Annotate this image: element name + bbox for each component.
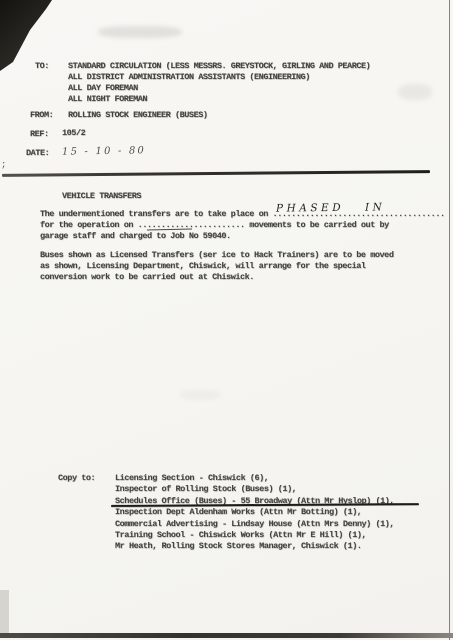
to-recipients: STANDARD CIRCULATION (LESS MESSRS. GREYS… — [68, 61, 370, 105]
copy-to-list: Licensing Section - Chiswick (6), Inspec… — [115, 473, 394, 553]
memo-page: TO: STANDARD CIRCULATION (LESS MESSRS. G… — [0, 0, 453, 640]
pencil-smudge — [180, 390, 220, 400]
scan-edge-right — [449, 0, 451, 640]
recipient-line: ALL DAY FOREMAN — [68, 83, 370, 94]
paragraph-2: Buses shown as Licensed Transfers (ser i… — [40, 250, 393, 283]
date-label: DATE: — [26, 148, 49, 159]
scan-edge-bottom — [0, 633, 453, 638]
para2-line: as shown, Licensing Department, Chiswick… — [40, 261, 393, 272]
section-title: VEHICLE TRANSFERS — [62, 191, 141, 202]
handwritten-phased-in: PHASED IN — [276, 201, 385, 214]
scan-corner-bottom-left — [0, 590, 9, 633]
handwritten-date: 15 - 10 - 80 — [62, 145, 146, 157]
recipient-line: ALL NIGHT FOREMAN — [68, 94, 370, 105]
recipient-line: ALL DISTRICT ADMINISTRATION ASSISTANTS (… — [68, 72, 370, 83]
para1-line3: garage staff and charged to Job No 59040… — [40, 231, 231, 242]
header-divider-rule — [2, 170, 430, 177]
copy-item: Licensing Section - Chiswick (6), — [115, 473, 394, 484]
from-value: ROLLING STOCK ENGINEER (BUSES) — [68, 110, 208, 121]
recipient-line: STANDARD CIRCULATION (LESS MESSRS. GREYS… — [68, 61, 370, 72]
copy-item: Inspection Dept Aldenham Works (Attn Mr … — [115, 507, 394, 518]
para2-line: conversion work to be carried out at Chi… — [40, 272, 393, 283]
from-label: FROM: — [30, 110, 53, 121]
copy-item: Inspector of Rolling Stock (Buses) (1), — [115, 484, 394, 495]
para1-line1-text: The undermentioned transfers are to take… — [40, 209, 273, 219]
para1-line2: for the operation on ...................… — [40, 220, 389, 231]
stray-mark: ; — [1, 160, 6, 170]
copy-item: Training School - Chiswick Works (Attn M… — [115, 530, 394, 541]
copy-item: Schedules Office (Buses) - 55 Broadway (… — [115, 496, 394, 507]
ref-value: 105/2 — [62, 128, 85, 139]
pencil-smudge — [398, 84, 432, 100]
copy-item: Mr Heath, Rolling Stock Stores Manager, … — [115, 541, 394, 552]
copy-to-label: Copy to: — [58, 473, 95, 484]
to-label: TO: — [35, 61, 49, 72]
pencil-smudge — [98, 26, 182, 38]
page-corner-fold — [0, 0, 58, 72]
para2-line: Buses shown as Licensed Transfers (ser i… — [40, 250, 393, 261]
copy-item: Commercial Advertising - Lindsay House (… — [115, 519, 394, 530]
ref-label: REF: — [30, 129, 49, 140]
